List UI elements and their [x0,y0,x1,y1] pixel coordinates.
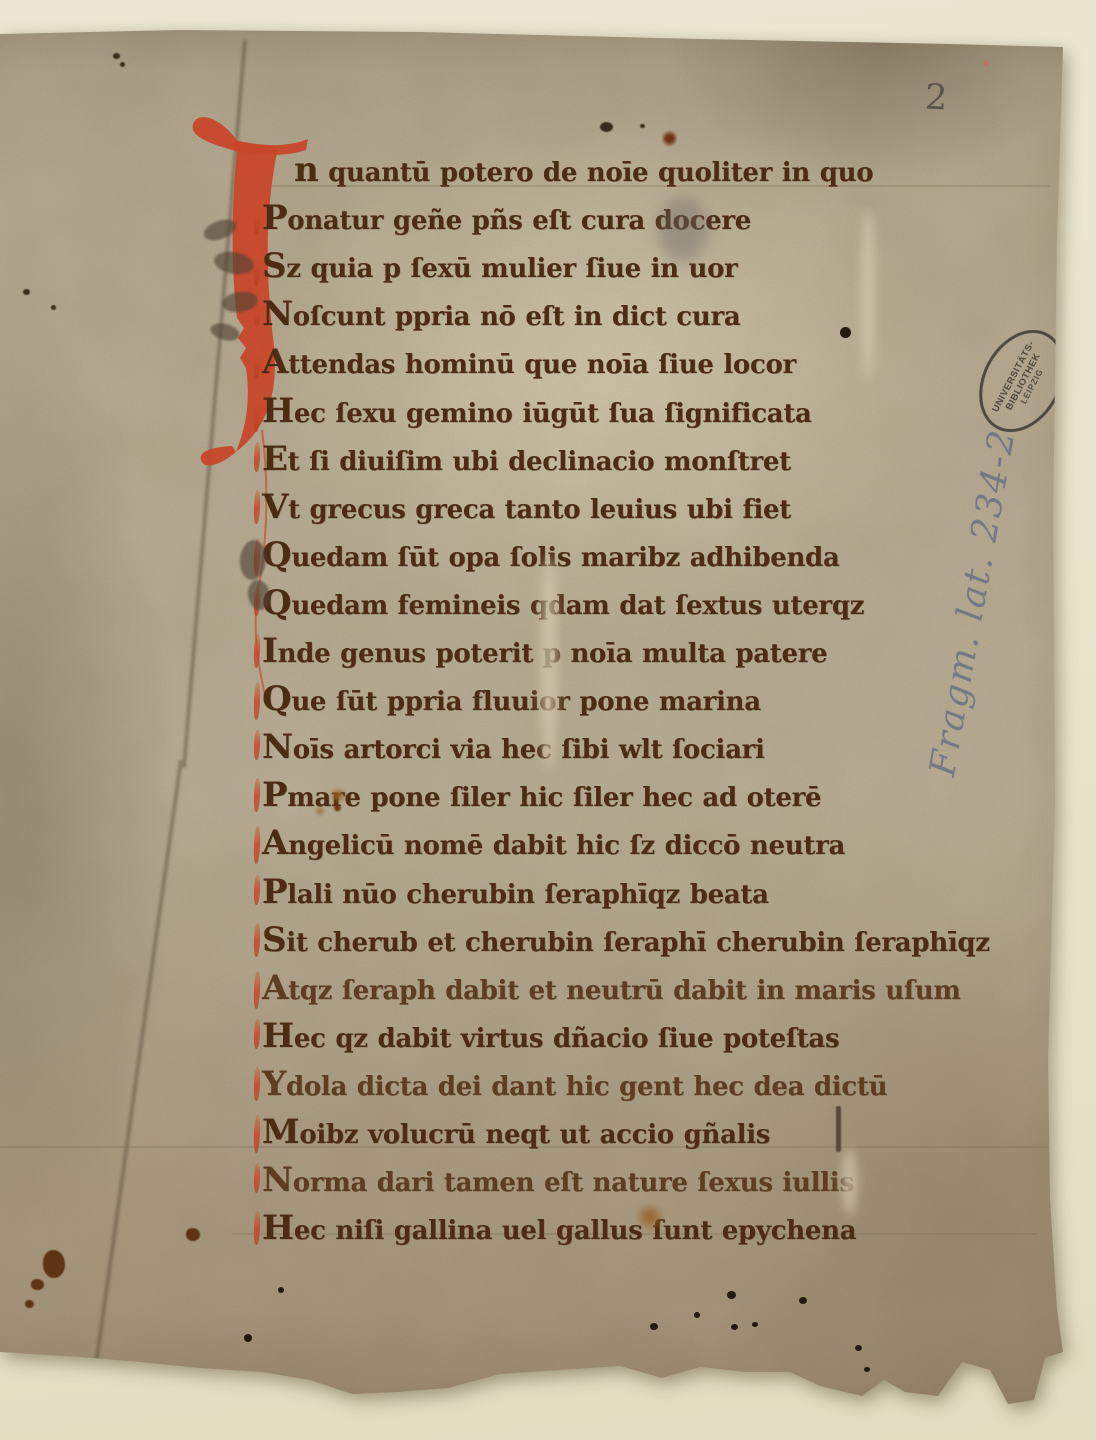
blot-mark [31,1279,44,1290]
manuscript-line: Noīs artorci via hec ſibi wlt ſociari [262,727,765,767]
folio-number: 2 [924,77,948,118]
hole-mark [278,1287,284,1293]
blot-mark [186,1228,200,1241]
manuscript-line: n quantū potero de noīe quoliter in quo [294,150,873,190]
rust-dark-mark [333,804,342,812]
parchment-shadow-wrap: n quantū potero de noīe quoliter in quoP… [0,0,1096,1440]
manuscript-line: Ydola dicta dei dant hic gent hec dea di… [262,1064,887,1104]
manuscript-line: Noſcunt ppria nō eſt in dict cura [262,294,740,334]
manuscript-line: Quedam femineis qdam dat ſextus uterqz [262,583,864,623]
manuscript-line: Sit cherub et cherubin ſeraphī cherubin … [262,920,990,960]
hole-mark [840,327,851,338]
hole-mark [694,1312,700,1318]
hole-mark [864,1367,870,1372]
rust-mark [314,806,326,816]
mark-dark-mark [836,1106,841,1152]
manuscript-line: Plali nūo cherubin ſeraphīqz beata [262,872,769,912]
hole-mark [855,1345,862,1351]
parchment-leaf: n quantū potero de noīe quoliter in quoP… [0,0,1096,1440]
speck-mark [51,305,56,310]
speck-mark [23,289,30,295]
hole-mark [244,1334,252,1342]
manuscript-line: Que ſūt ppria fluuior pone marina [262,679,761,719]
blot-mark [25,1300,34,1308]
manuscript-line: Atqz ſeraph dabit et neutrū dabit in mar… [262,968,961,1008]
rust-mark [634,1203,666,1231]
streak-light-mark [860,210,876,380]
speck-mark [113,53,120,59]
smudge-mark [658,198,708,262]
hole-mark [731,1324,738,1330]
photo-stage: n quantū potero de noīe quoliter in quoP… [0,0,1096,1440]
hole-mark [650,1323,658,1330]
manuscript-line: Et ſi diuiſim ubi declinacio monſtret [262,439,791,479]
streak-light-mark [842,1148,857,1214]
manuscript-line: Angelicū nomē dabit hic ſz diccō neutra [262,823,845,863]
blot-mark [43,1250,65,1278]
manuscript-line: Moibz volucrū neqt ut accio gñalis [262,1112,770,1152]
manuscript-line: Attendas hominū que noīa ſiue locor [262,342,796,382]
rust-dark-mark [662,130,677,147]
manuscript-line: Hec niſi gallina uel gallus ſunt epychen… [262,1208,856,1248]
manuscript-line: Hec ſexu gemino iūgūt ſua ſignificata [262,391,812,431]
hole-mark [799,1297,807,1304]
hole-mark [727,1291,736,1299]
manuscript-line: Vt grecus greca tanto leuius ubi fiet [262,487,791,527]
hole-mark [752,1322,758,1327]
manuscript-line: Hec qz dabit virtus dñacio ſiue poteſtas [262,1016,839,1056]
speck-mark [120,62,125,67]
speck-mark [600,122,613,132]
red-speck-mark [983,60,989,66]
manuscript-line: Norma dari tamen eſt nature ſexus iullis [262,1160,854,1200]
speck-mark [640,124,645,128]
streak-light-mark [540,555,558,770]
rust-mark [328,788,348,803]
